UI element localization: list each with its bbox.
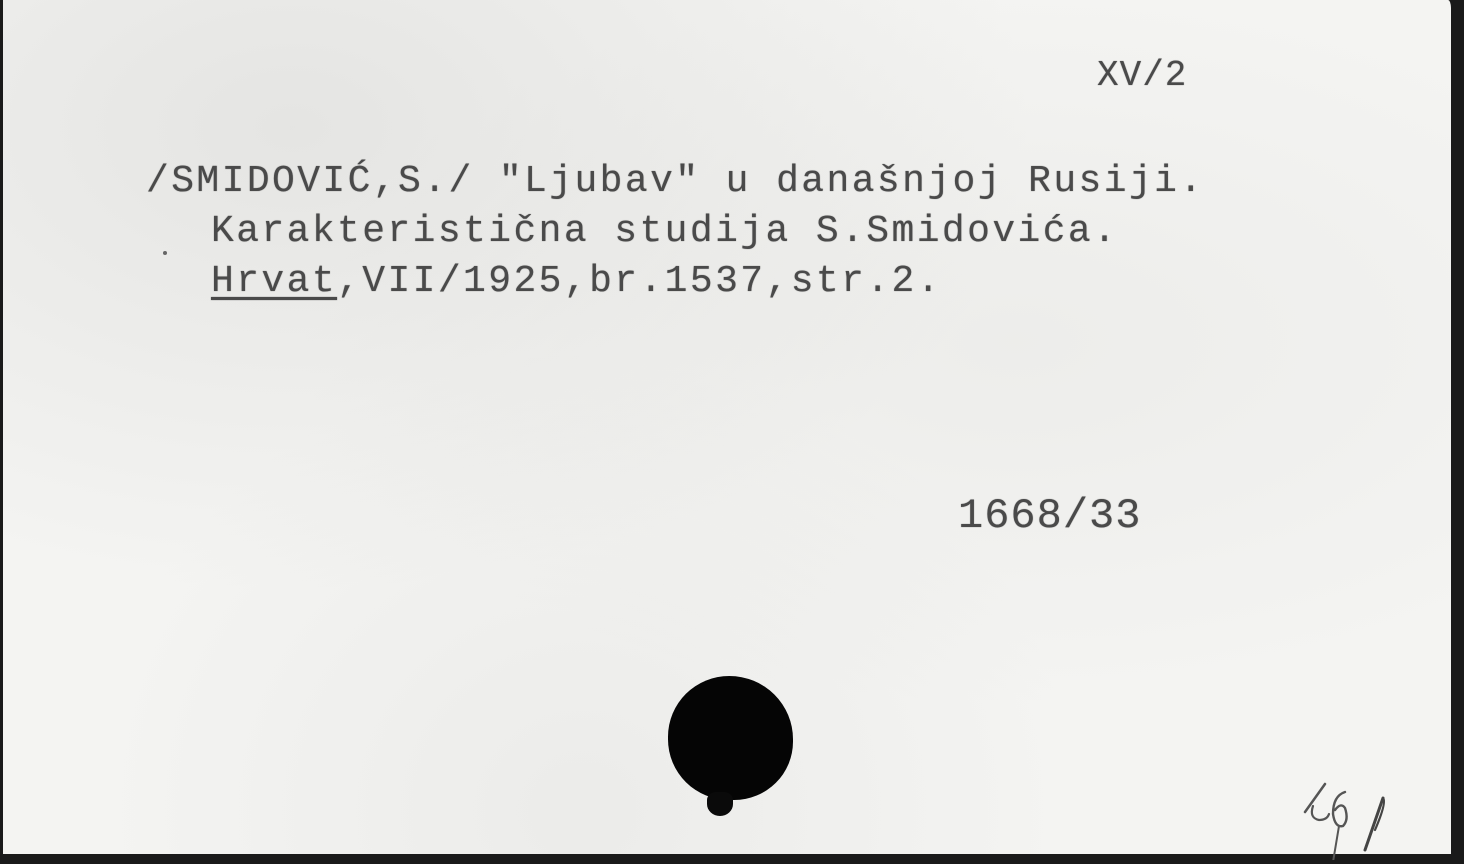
journal-title: Hrvat <box>211 260 337 303</box>
entry-subtitle-line: Karakteristična studija S.Smidovića. <box>211 210 1118 253</box>
citation-details: ,VII/1925,br.1537,str.2. <box>337 260 942 303</box>
call-number-top: XV/2 <box>1097 55 1187 96</box>
punch-hole <box>668 676 793 800</box>
stray-dot <box>163 251 167 255</box>
handwritten-mark-icon: 169/ <box>1303 770 1403 860</box>
catalog-card: XV/2 /SMIDOVIĆ,S./ "Ljubav" u današnjoj … <box>3 0 1456 858</box>
punch-hole-tear <box>707 792 733 816</box>
entry-author-title-line: /SMIDOVIĆ,S./ "Ljubav" u današnjoj Rusij… <box>146 160 1205 203</box>
inventory-number: 1668/33 <box>958 492 1141 540</box>
entry-citation-line: Hrvat,VII/1925,br.1537,str.2. <box>211 260 942 303</box>
